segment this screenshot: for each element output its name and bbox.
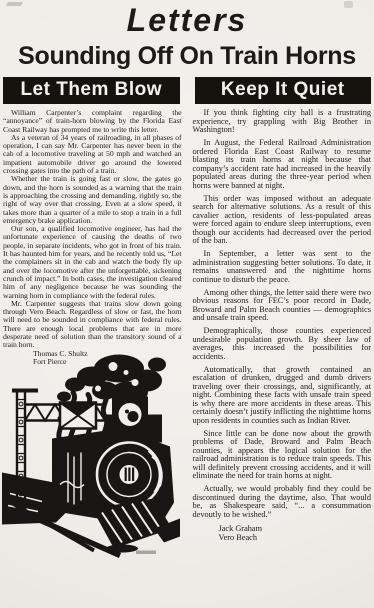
letters-columns: William Carpenter’s complaint regarding … xyxy=(0,104,374,558)
banner-let-them-blow: Let Them Blow xyxy=(3,77,180,104)
paragraph: Our son, a qualified locomotive engineer… xyxy=(3,225,182,300)
paragraph: In September, a letter was sent to the a… xyxy=(193,250,372,284)
scan-artifact xyxy=(344,1,353,8)
signature-city: Vero Beach xyxy=(219,533,372,542)
paragraph: Mr. Carpenter suggests that trains slow … xyxy=(3,300,182,350)
signature-left: Thomas C. Shultz Fort Pierce xyxy=(33,350,182,368)
scan-artifact xyxy=(6,2,24,6)
letter-left-column: William Carpenter’s complaint regarding … xyxy=(3,109,182,558)
paragraph: Since little can be done now about the g… xyxy=(193,430,372,481)
signature-city: Fort Pierce xyxy=(33,358,182,367)
section-title: Letters xyxy=(0,0,374,36)
paragraph: Automatically, that growth contained an … xyxy=(193,366,372,426)
paragraph: Among other things, the letter said ther… xyxy=(193,289,372,323)
paragraph: This order was imposed without an adequa… xyxy=(193,195,372,246)
paragraph: Actually, we would probably find they co… xyxy=(193,485,372,519)
paragraph: If you think fighting city hall is a fru… xyxy=(193,109,372,135)
letter-right-column: If you think fighting city hall is a fru… xyxy=(193,109,372,558)
banner-keep-it-quiet: Keep It Quiet xyxy=(195,77,372,104)
letter-banners: Let Them Blow Keep It Quiet xyxy=(0,77,374,104)
paragraph: William Carpenter’s complaint regarding … xyxy=(3,109,182,134)
paragraph: In August, the Federal Railroad Administ… xyxy=(193,139,372,190)
newspaper-letters-page: Letters Sounding Off On Train Horns Let … xyxy=(0,0,374,608)
signature-name: Jack Graham xyxy=(219,524,372,533)
steam-locomotive-illustration xyxy=(2,352,180,558)
paragraph: As a veteran of 34 years of railroading,… xyxy=(3,134,182,175)
paragraph: Whether the train is going fast or slow,… xyxy=(3,175,182,225)
paragraph: Demographically, those counties experien… xyxy=(193,327,372,361)
signature-right: Jack Graham Vero Beach xyxy=(219,524,372,542)
page-headline: Sounding Off On Train Horns xyxy=(0,44,374,69)
